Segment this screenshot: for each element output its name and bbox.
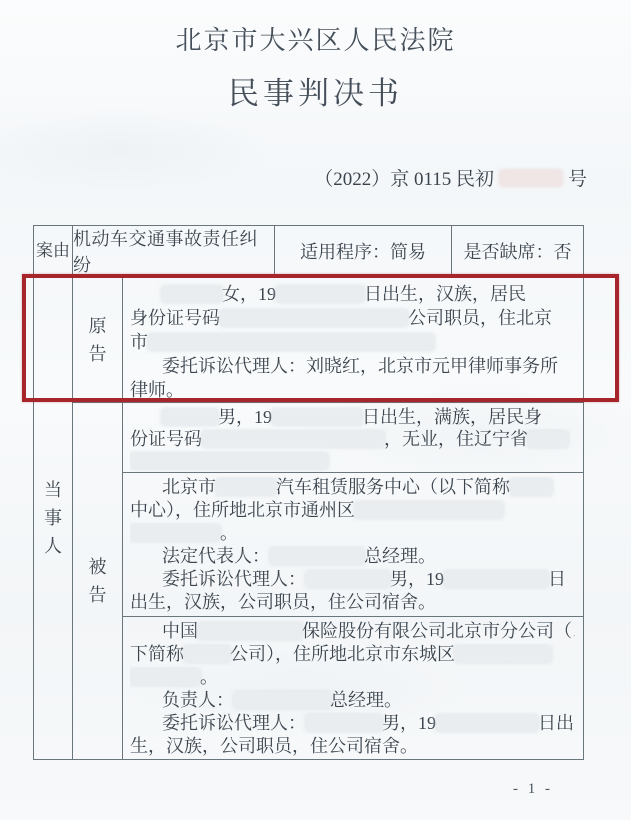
redacted-text — [184, 646, 230, 662]
text-segment: 下简称 — [130, 644, 184, 664]
defendant-label-cell: 被告 — [73, 403, 122, 759]
text-segment: 男，19 — [390, 569, 444, 589]
document-title: 民事判决书 — [0, 68, 631, 113]
text-segment: 日出 — [538, 713, 574, 733]
text-line: 中心），住所地北京市通州区 — [130, 499, 575, 522]
redacted-text — [455, 646, 551, 662]
indent-spacer — [130, 728, 162, 729]
redacted-text — [306, 571, 390, 587]
redacted-text — [436, 715, 538, 731]
redacted-text — [306, 715, 382, 731]
text-segment: 男，19 — [382, 713, 436, 733]
text-line: 。 — [130, 666, 575, 689]
indent-spacer — [130, 492, 162, 493]
redacted-text — [528, 431, 568, 447]
text-line: 北京市汽车租赁服务中心（以下简称 — [130, 476, 575, 499]
indent-spacer — [130, 636, 162, 637]
text-segment: 份证号码 — [130, 429, 202, 449]
redacted-text — [202, 431, 384, 447]
text-line: 委托诉讼代理人：男，19日 — [130, 568, 575, 591]
text-line — [130, 450, 575, 472]
text-segment: 日 — [548, 569, 566, 589]
text-line: 出生，汉族，公司职员，住公司宿舍。 — [130, 591, 575, 614]
text-line: 生，汉族，公司职员，住公司宿舍。 — [130, 735, 575, 758]
indent-spacer — [130, 705, 162, 706]
redacted-text — [272, 409, 362, 425]
text-line: 中国保险股份有限公司北京市分公司（以 — [130, 620, 575, 643]
redacted-text — [270, 548, 364, 564]
text-segment: 北京市 — [162, 477, 216, 497]
text-segment: 男，19 — [218, 407, 272, 427]
indent-spacer — [130, 422, 162, 423]
case-number-line: （2022）京 0115 民初 号 — [314, 164, 587, 191]
redacted-text — [198, 623, 302, 639]
text-line: 男，19日出生，满族，居民身 — [130, 406, 575, 428]
redacted-text — [216, 479, 276, 495]
red-highlight-box — [22, 274, 619, 402]
indent-spacer — [130, 584, 162, 585]
text-segment: 总经理。 — [364, 546, 436, 566]
case-cause-value: 机动车交通事故责任纠纷 — [73, 226, 275, 276]
redacted-text — [130, 669, 200, 685]
text-line: 下简称公司），住所地北京市东城区 — [130, 643, 575, 666]
text-segment: 公司），住所地北京市东城区 — [230, 644, 455, 664]
text-line: 委托诉讼代理人：男，19日出 — [130, 712, 575, 735]
redacted-text — [130, 525, 220, 541]
page-number: - 1 - — [498, 781, 568, 798]
indent-spacer — [130, 561, 162, 562]
defendant1-info-cell: 男，19日出生，满族，居民身份证号码，无业，住辽宁省 — [123, 403, 583, 473]
case-cause-label: 案由 — [34, 226, 73, 276]
text-line: 法定代表人：总经理。 — [130, 545, 575, 568]
redacted-text — [162, 409, 218, 425]
text-segment: 中国 — [162, 621, 198, 641]
text-segment: 总经理。 — [330, 690, 402, 710]
text-segment: 委托诉讼代理人： — [162, 569, 306, 589]
judgment-document-page: 北京市大兴区人民法院 民事判决书 （2022）京 0115 民初 号 案由 机动… — [0, 0, 631, 820]
text-segment: 汽车租赁服务中心（以下简称 — [276, 477, 510, 497]
court-name: 北京市大兴区人民法院 — [0, 20, 631, 57]
text-line: 。 — [130, 522, 575, 545]
table-header-row: 案由 机动车交通事故责任纠纷 适用程序：简易 是否缺席：否 — [34, 226, 583, 277]
defendant3-info-cell: 中国保险股份有限公司北京市分公司（以下简称公司），住所地北京市东城区。负责人：总… — [123, 617, 583, 759]
text-segment: 中心），住所地北京市通州区 — [130, 500, 355, 520]
redacted-text — [130, 453, 328, 469]
text-line: 份证号码，无业，住辽宁省 — [130, 428, 575, 450]
defendant-label: 被告 — [89, 553, 107, 609]
redacted-text — [444, 571, 548, 587]
absent-cell: 是否缺席：否 — [452, 226, 583, 276]
text-segment: 保险股份有限公司北京市分公司（以 — [302, 621, 575, 641]
redacted-text — [234, 692, 330, 708]
party-label: 当事人 — [44, 476, 62, 560]
text-line: 负责人：总经理。 — [130, 689, 575, 712]
text-segment: ，无业，住辽宁省 — [384, 429, 528, 449]
text-segment: 。 — [220, 523, 238, 543]
text-segment: 负责人： — [162, 690, 234, 710]
text-segment: 法定代表人： — [162, 546, 270, 566]
defendant2-info-cell: 北京市汽车租赁服务中心（以下简称中心），住所地北京市通州区。法定代表人：总经理。… — [123, 473, 583, 617]
procedure-cell: 适用程序：简易 — [275, 226, 452, 276]
redacted-text — [355, 502, 503, 518]
text-segment: 。 — [200, 667, 218, 687]
text-segment: 委托诉讼代理人： — [162, 713, 306, 733]
redacted-text — [510, 479, 552, 495]
redacted-case-number — [500, 170, 562, 186]
text-segment: 生，汉族，公司职员，住公司宿舍。 — [130, 736, 418, 756]
text-segment: 出生，汉族，公司职员，住公司宿舍。 — [130, 592, 436, 612]
case-number-prefix: （2022）京 0115 民初 — [314, 164, 494, 191]
text-segment: 日出生，满族，居民身 — [362, 407, 542, 427]
case-number-suffix: 号 — [568, 164, 587, 191]
